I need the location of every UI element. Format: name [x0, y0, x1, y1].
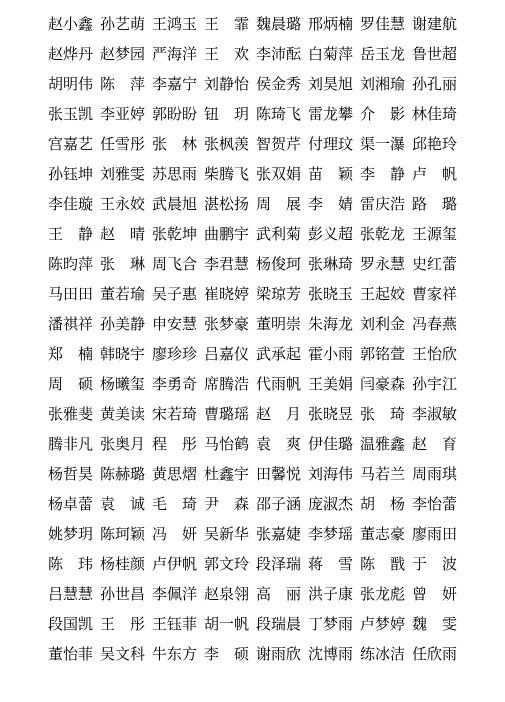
person-name: 张奥月 [100, 430, 145, 460]
person-name: 李佩洋 [152, 580, 197, 610]
person-name: 李嘉宁 [152, 70, 197, 100]
person-name: 张嘉婕 [256, 520, 301, 550]
name-row: 张雅斐黄美读宋若琦曹璐瑶赵 月张晓昱张 琦李淑敏 [0, 400, 505, 430]
person-name: 段国凯 [48, 610, 93, 640]
person-name: 张 琳 [100, 250, 145, 280]
person-name: 曾 妍 [412, 580, 457, 610]
person-name: 王起姣 [360, 280, 405, 310]
person-name: 孙美静 [100, 310, 145, 340]
person-name: 陈琦飞 [256, 100, 301, 130]
name-row: 周 硕杨曦玺李勇奇席腾浩代雨帆王美娟闫豪森孙宇江 [0, 370, 505, 400]
name-row: 陈 玮杨桂颜卢伊帆郭文玲段泽瑞蒋 雪陈 戬于 波 [0, 550, 505, 580]
person-name: 王怡欣 [412, 340, 457, 370]
person-name: 袁 爽 [256, 430, 301, 460]
person-name: 周雨琪 [412, 460, 457, 490]
person-name: 邵子涵 [256, 490, 301, 520]
name-row: 姚梦玥陈珂颖冯 妍吴新华张嘉婕李梦瑶董志豪廖雨田 [0, 520, 505, 550]
person-name: 张双娟 [256, 160, 301, 190]
name-row: 杨卓蕾袁 诚毛 琦尹 森邵子涵庞淑杰胡 杨李怡蕾 [0, 490, 505, 520]
person-name: 介 影 [360, 100, 405, 130]
person-name: 周 展 [256, 190, 301, 220]
person-name: 黄美读 [100, 400, 145, 430]
person-name: 赵 月 [256, 400, 301, 430]
person-name: 李君慧 [204, 250, 249, 280]
person-name: 苏思雨 [152, 160, 197, 190]
name-row: 李佳璇王永姣武晨旭湛松扬周 展李 婧雷庆浩路 璐 [0, 190, 505, 220]
person-name: 霍小雨 [308, 340, 353, 370]
person-name: 赵 晴 [100, 220, 145, 250]
person-name: 伊佳璐 [308, 430, 353, 460]
person-name: 杨桂颜 [100, 550, 145, 580]
person-name: 尹 森 [204, 490, 249, 520]
person-name: 武晨旭 [152, 190, 197, 220]
person-name: 刘雅雯 [100, 160, 145, 190]
person-name: 练冰洁 [360, 640, 405, 670]
person-name: 孙艺萌 [100, 10, 145, 40]
person-name: 段瑞晨 [256, 610, 301, 640]
person-name: 谢雨欣 [256, 640, 301, 670]
person-name: 赵泉翎 [204, 580, 249, 610]
person-name: 雷龙攀 [308, 100, 353, 130]
person-name: 马怡鹤 [204, 430, 249, 460]
person-name: 袁 诚 [100, 490, 145, 520]
person-name: 冯春燕 [412, 310, 457, 340]
person-name: 武承起 [256, 340, 301, 370]
person-name: 韩晓宇 [100, 340, 145, 370]
person-name: 柴腾飞 [204, 160, 249, 190]
person-name: 腾非凡 [48, 430, 93, 460]
person-name: 宫嘉艺 [48, 130, 93, 160]
person-name: 杨曦玺 [100, 370, 145, 400]
person-name: 郭盼盼 [152, 100, 197, 130]
person-name: 杜鑫宇 [204, 460, 249, 490]
person-name: 卢 帆 [412, 160, 457, 190]
person-name: 张枫羡 [204, 130, 249, 160]
person-name: 严海洋 [152, 40, 197, 70]
person-name: 刘海伟 [308, 460, 353, 490]
person-name: 朱海龙 [308, 310, 353, 340]
person-name: 陈 玮 [48, 550, 93, 580]
person-name: 丁梦雨 [308, 610, 353, 640]
person-name: 赵 育 [412, 430, 457, 460]
person-name: 杨哲昊 [48, 460, 93, 490]
person-name: 张玉凯 [48, 100, 93, 130]
person-name: 陈 戬 [360, 550, 405, 580]
person-name: 刘静怡 [204, 70, 249, 100]
person-name: 鲁世超 [412, 40, 457, 70]
person-name: 席腾浩 [204, 370, 249, 400]
name-row: 赵小鑫孙艺萌王鸿玉王 霏魏晨璐邢炳楠罗佳慧谢建航 [0, 10, 505, 40]
name-row: 吕慧慧孙世昌李佩洋赵泉翎高 丽洪子康张龙彪曾 妍 [0, 580, 505, 610]
person-name: 张龙彪 [360, 580, 405, 610]
person-name: 张乾龙 [360, 220, 405, 250]
person-name: 宋若琦 [152, 400, 197, 430]
person-name: 胡 杨 [360, 490, 405, 520]
person-name: 高 丽 [256, 580, 301, 610]
person-name: 白菊萍 [308, 40, 353, 70]
name-row: 赵烨丹赵梦园严海洋王 欢李沛酝白菊萍岳玉龙鲁世超 [0, 40, 505, 70]
person-name: 温雅鑫 [360, 430, 405, 460]
person-name: 赵梦园 [100, 40, 145, 70]
person-name: 周 硕 [48, 370, 93, 400]
person-name: 申安慧 [152, 310, 197, 340]
person-name: 董若瑜 [100, 280, 145, 310]
document-page: 赵小鑫孙艺萌王鸿玉王 霏魏晨璐邢炳楠罗佳慧谢建航赵烨丹赵梦园严海洋王 欢李沛酝白… [0, 0, 505, 702]
person-name: 董志豪 [360, 520, 405, 550]
person-name: 孙宇江 [412, 370, 457, 400]
person-name: 曹璐瑶 [204, 400, 249, 430]
person-name: 杨俊珂 [256, 250, 301, 280]
name-row: 杨哲昊陈赫璐黄思熠杜鑫宇田馨悦刘海伟马若兰周雨琪 [0, 460, 505, 490]
person-name: 刘昊旭 [308, 70, 353, 100]
person-name: 雷庆浩 [360, 190, 405, 220]
name-row: 腾非凡张奥月程 彤马怡鹤袁 爽伊佳璐温雅鑫赵 育 [0, 430, 505, 460]
person-name: 李怡蕾 [412, 490, 457, 520]
person-name: 李 静 [360, 160, 405, 190]
person-name: 李 婧 [308, 190, 353, 220]
person-name: 张雅斐 [48, 400, 93, 430]
person-name: 王鸿玉 [152, 10, 197, 40]
person-name: 侯金秀 [256, 70, 301, 100]
person-name: 张 林 [152, 130, 197, 160]
name-row: 王 静赵 晴张乾坤曲鹏宇武利菊彭义超张乾龙王源玺 [0, 220, 505, 250]
person-name: 渠一瀑 [360, 130, 405, 160]
person-name: 李勇奇 [152, 370, 197, 400]
person-name: 刘利金 [360, 310, 405, 340]
person-name: 李佳璇 [48, 190, 93, 220]
person-name: 李沛酝 [256, 40, 301, 70]
person-name: 毛 琦 [152, 490, 197, 520]
person-name: 林佳琦 [412, 100, 457, 130]
person-name: 魏晨璐 [256, 10, 301, 40]
person-name: 郭铭萱 [360, 340, 405, 370]
person-name: 段泽瑞 [256, 550, 301, 580]
person-name: 武利菊 [256, 220, 301, 250]
person-name: 付理玟 [308, 130, 353, 160]
person-name: 于 波 [412, 550, 457, 580]
person-name: 张晓玉 [308, 280, 353, 310]
person-name: 马田田 [48, 280, 93, 310]
person-name: 卢伊帆 [152, 550, 197, 580]
person-name: 吴新华 [204, 520, 249, 550]
person-name: 李 硕 [204, 640, 249, 670]
person-name: 曹家祥 [412, 280, 457, 310]
person-name: 王永姣 [100, 190, 145, 220]
person-name: 任雪彤 [100, 130, 145, 160]
person-name: 王 静 [48, 220, 93, 250]
person-name: 蒋 雪 [308, 550, 353, 580]
person-name: 崔晓婷 [204, 280, 249, 310]
person-name: 吕嘉仪 [204, 340, 249, 370]
person-name: 郭文玲 [204, 550, 249, 580]
name-list: 赵小鑫孙艺萌王鸿玉王 霏魏晨璐邢炳楠罗佳慧谢建航赵烨丹赵梦园严海洋王 欢李沛酝白… [0, 10, 505, 670]
person-name: 吴子惠 [152, 280, 197, 310]
person-name: 沈博雨 [308, 640, 353, 670]
person-name: 罗佳慧 [360, 10, 405, 40]
person-name: 董明崇 [256, 310, 301, 340]
person-name: 潘祺祥 [48, 310, 93, 340]
person-name: 黄思熠 [152, 460, 197, 490]
person-name: 王 欢 [204, 40, 249, 70]
person-name: 李亚婷 [100, 100, 145, 130]
person-name: 赵小鑫 [48, 10, 93, 40]
person-name: 廖雨田 [412, 520, 457, 550]
person-name: 陈 萍 [100, 70, 145, 100]
name-row: 郑 楠韩晓宇廖珍珍吕嘉仪武承起霍小雨郭铭萱王怡欣 [0, 340, 505, 370]
person-name: 刘湘瑜 [360, 70, 405, 100]
person-name: 孙世昌 [100, 580, 145, 610]
person-name: 钮 玥 [204, 100, 249, 130]
person-name: 邢炳楠 [308, 10, 353, 40]
person-name: 邱艳玲 [412, 130, 457, 160]
name-row: 张玉凯李亚婷郭盼盼钮 玥陈琦飞雷龙攀介 影林佳琦 [0, 100, 505, 130]
name-row: 段国凯王 彤王钰菲胡一帆段瑞晨丁梦雨卢梦婷魏 雯 [0, 610, 505, 640]
person-name: 智贺芹 [256, 130, 301, 160]
person-name: 彭义超 [308, 220, 353, 250]
person-name: 张梦豪 [204, 310, 249, 340]
name-row: 马田田董若瑜吴子惠崔晓婷梁琼芳张晓玉王起姣曹家祥 [0, 280, 505, 310]
person-name: 胡一帆 [204, 610, 249, 640]
person-name: 王 彤 [100, 610, 145, 640]
name-row: 陈昀萍张 琳周飞合李君慧杨俊珂张琳琦罗永慧史红蕾 [0, 250, 505, 280]
person-name: 吴文科 [100, 640, 145, 670]
name-row: 潘祺祥孙美静申安慧张梦豪董明崇朱海龙刘利金冯春燕 [0, 310, 505, 340]
person-name: 洪子康 [308, 580, 353, 610]
person-name: 张 琦 [360, 400, 405, 430]
person-name: 郑 楠 [48, 340, 93, 370]
person-name: 陈珂颖 [100, 520, 145, 550]
person-name: 孙钰坤 [48, 160, 93, 190]
person-name: 卢梦婷 [360, 610, 405, 640]
person-name: 李梦瑶 [308, 520, 353, 550]
person-name: 马若兰 [360, 460, 405, 490]
person-name: 任欣雨 [412, 640, 457, 670]
person-name: 罗永慧 [360, 250, 405, 280]
name-row: 宫嘉艺任雪彤张 林张枫羡智贺芹付理玟渠一瀑邱艳玲 [0, 130, 505, 160]
person-name: 陈赫璐 [100, 460, 145, 490]
name-row: 董怡菲吴文科牛东方李 硕谢雨欣沈博雨练冰洁任欣雨 [0, 640, 505, 670]
person-name: 湛松扬 [204, 190, 249, 220]
person-name: 魏 雯 [412, 610, 457, 640]
person-name: 苗 颖 [308, 160, 353, 190]
person-name: 牛东方 [152, 640, 197, 670]
person-name: 赵烨丹 [48, 40, 93, 70]
person-name: 冯 妍 [152, 520, 197, 550]
person-name: 周飞合 [152, 250, 197, 280]
person-name: 闫豪森 [360, 370, 405, 400]
person-name: 王美娟 [308, 370, 353, 400]
person-name: 梁琼芳 [256, 280, 301, 310]
person-name: 王 霏 [204, 10, 249, 40]
person-name: 岳玉龙 [360, 40, 405, 70]
person-name: 曲鹏宇 [204, 220, 249, 250]
person-name: 代雨帆 [256, 370, 301, 400]
person-name: 路 璐 [412, 190, 457, 220]
person-name: 庞淑杰 [308, 490, 353, 520]
person-name: 杨卓蕾 [48, 490, 93, 520]
person-name: 廖珍珍 [152, 340, 197, 370]
person-name: 姚梦玥 [48, 520, 93, 550]
person-name: 程 彤 [152, 430, 197, 460]
person-name: 孙孔丽 [412, 70, 457, 100]
person-name: 李淑敏 [412, 400, 457, 430]
person-name: 王源玺 [412, 220, 457, 250]
person-name: 胡明伟 [48, 70, 93, 100]
person-name: 董怡菲 [48, 640, 93, 670]
person-name: 史红蕾 [412, 250, 457, 280]
person-name: 吕慧慧 [48, 580, 93, 610]
person-name: 田馨悦 [256, 460, 301, 490]
person-name: 陈昀萍 [48, 250, 93, 280]
name-row: 胡明伟陈 萍李嘉宁刘静怡侯金秀刘昊旭刘湘瑜孙孔丽 [0, 70, 505, 100]
person-name: 张乾坤 [152, 220, 197, 250]
person-name: 谢建航 [412, 10, 457, 40]
person-name: 张晓昱 [308, 400, 353, 430]
person-name: 张琳琦 [308, 250, 353, 280]
person-name: 王钰菲 [152, 610, 197, 640]
name-row: 孙钰坤刘雅雯苏思雨柴腾飞张双娟苗 颖李 静卢 帆 [0, 160, 505, 190]
